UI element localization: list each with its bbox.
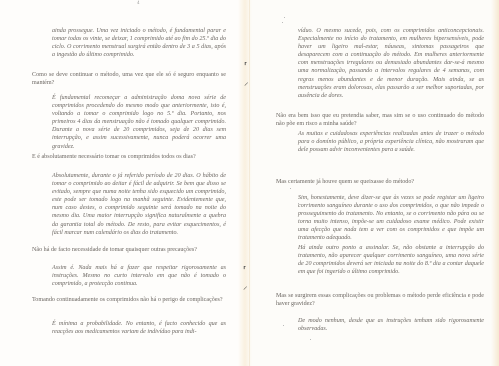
answer-7: De modo nenhum, desde que as instruções … <box>298 317 484 333</box>
bracket-mark-icon: ⸝ <box>244 75 249 88</box>
speck <box>310 339 311 340</box>
book-gutter <box>238 0 252 366</box>
right-page: víduo. O mesmo sucede, pois, com os comp… <box>249 0 499 366</box>
answer-6-extra: Há ainda outro ponto a assinalar. Se, nã… <box>298 244 484 276</box>
question-4: Tomando continuadamente os comprimidos n… <box>32 296 226 304</box>
bracket-mark-icon: ⸢ <box>244 62 248 72</box>
bracket-mark-icon: ⸢ <box>243 266 247 276</box>
bracket-mark-icon: ⸝ <box>243 279 248 292</box>
answer-5: As muitas e cuidadosas experiências real… <box>298 130 484 154</box>
answer-4: É mínima a probabilidade. No entanto, é … <box>52 320 226 336</box>
question-6: Mas certamente já houve quem se queixass… <box>276 178 484 186</box>
continuation-answer: víduo. O mesmo sucede, pois, com os comp… <box>298 27 484 100</box>
left-page: 4 ainda prossegue. Uma vez iniciado o mé… <box>0 0 249 366</box>
question-7: Mas se surgirem essas complicações ou pr… <box>276 292 484 308</box>
page-number: 4 <box>137 1 140 6</box>
question-1: Como se deve continuar o método, uma vez… <box>32 71 226 87</box>
speck <box>284 17 285 18</box>
book-spread: 4 ainda prossegue. Uma vez iniciado o mé… <box>0 0 499 366</box>
speck <box>282 22 283 23</box>
continuation-answer: ainda prossegue. Uma vez iniciado o méto… <box>52 27 226 59</box>
speck <box>283 325 284 326</box>
answer-3: Assim é. Nada mais há a fazer que respei… <box>52 264 226 288</box>
question-3: Não há de facto necessidade de tomar qua… <box>32 246 226 254</box>
question-2: E é absolutamente necessário tomar os co… <box>32 153 226 161</box>
answer-1: É fundamental recomeçar a administração … <box>52 94 226 151</box>
page-edge-shadow <box>491 0 499 366</box>
answer-2: Absolutamente, durante o já referido per… <box>52 172 226 237</box>
answer-6: Sim, honestamente, deve dizer-se que às … <box>298 194 484 243</box>
speck <box>298 203 299 204</box>
speck <box>290 188 291 189</box>
question-5: Não era bem isso que eu pretendia saber,… <box>276 112 484 128</box>
